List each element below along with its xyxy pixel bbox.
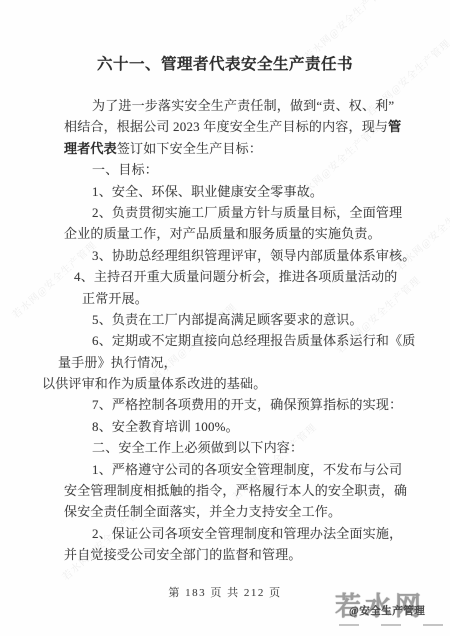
site-logo-overlay-text: @安全生产管理 [349,603,425,618]
text-segment: 6、定期或不定期直接向总经理报告质量体系运行和《质 [92,333,416,348]
body-line: 安全管理制度相抵触的指令，严格履行本人的安全职责，确 [64,480,404,501]
document-title: 六十一、管理者代表安全生产责任书 [0,52,450,74]
body-line: 企业的质量工作，对产品质量和服务质量的实施负责。 [64,223,404,244]
document-body: 为了进一步落实安全生产责任制，做到“责、权、利”相结合，根据公司 2023 年度… [64,95,404,566]
text-segment: 二、安全工作上必须做到以下内容： [92,440,303,455]
text-segment: 以供评审和作为质量体系改进的基础。 [42,376,266,391]
body-line: 7、严格控制各项费用的开支，确保预算指标的实现： [92,394,404,415]
logo-underline-dashes [339,624,443,626]
body-line: 3、协助总经理组织管理评审，领导内部质量体系审核。 [92,245,404,266]
body-line: 二、安全工作上必须做到以下内容： [92,437,404,458]
text-segment: 1、严格遵守公司的各项安全管理制度，不发布与公司 [92,462,402,477]
text-segment: 3、协助总经理组织管理评审，领导内部质量体系审核。 [92,248,416,263]
text-segment: 一、目标： [92,162,158,177]
text-segment: 管 [388,119,401,134]
body-line: 6、定期或不定期直接向总经理报告质量体系运行和《质 [92,330,404,351]
text-segment: 7、严格控制各项费用的开支，确保预算指标的实现： [92,397,402,412]
body-line: 1、严格遵守公司的各项安全管理制度，不发布与公司 [92,459,404,480]
body-line: 4、主持召开重大质量问题分析会，推进各项质量活动的 [74,266,404,287]
body-line: 正常开展。 [82,288,404,309]
body-line: 一、目标： [92,159,404,180]
body-line: 相结合，根据公司 2023 年度安全生产目标的内容，现与管 [64,116,404,137]
body-line: 理者代表签订如下安全生产目标： [64,138,404,159]
text-segment: 企业的质量工作，对产品质量和服务质量的实施负责。 [64,226,381,241]
text-segment: 保安全责任制全面落实，并全力支持安全工作。 [64,504,341,519]
text-segment: 理者代表 [64,141,117,156]
body-line: 保安全责任制全面落实，并全力支持安全工作。 [64,501,404,522]
body-line: 2、负责贯彻实施工厂质量方针与质量目标，全面管理 [92,202,404,223]
text-segment: 4、主持召开重大质量问题分析会，推进各项质量活动的 [74,269,398,284]
body-line: 以供评审和作为质量体系改进的基础。 [42,373,404,394]
text-segment: 安全管理制度相抵触的指令，严格履行本人的安全职责，确 [64,483,407,498]
text-segment: 为了进一步落实安全生产责任制，做到“责、权、利” [92,98,394,113]
body-line: 量手册》执行情况， [58,352,404,373]
text-segment: 并自觉接受公司安全部门的监督和管理。 [64,547,302,562]
site-logo: 若水网 @安全生产管理 [335,586,447,634]
text-segment: 2、保证公司各项安全管理制度和管理办法全面实施， [92,526,402,541]
body-line: 5、负责在工厂内部提高满足顾客要求的意识。 [92,309,404,330]
body-line: 1、安全、环保、职业健康安全零事故。 [92,181,404,202]
text-segment: 2、负责贯彻实施工厂质量方针与质量目标，全面管理 [92,205,402,220]
text-segment: 量手册》执行情况， [58,355,177,370]
text-segment: 1、安全、环保、职业健康安全零事故。 [92,184,323,199]
text-segment: 8、安全教育培训 100%。 [92,419,239,434]
body-line: 2、保证公司各项安全管理制度和管理办法全面实施， [92,523,404,544]
text-segment: 相结合，根据公司 2023 年度安全生产目标的内容，现与 [64,119,388,134]
text-segment: 签订如下安全生产目标： [117,141,262,156]
body-line: 并自觉接受公司安全部门的监督和管理。 [64,544,404,565]
text-segment: 5、负责在工厂内部提高满足顾客要求的意识。 [92,312,363,327]
body-line: 为了进一步落实安全生产责任制，做到“责、权、利” [92,95,404,116]
body-line: 8、安全教育培训 100%。 [92,416,404,437]
document-page: 若水网@安全生产管理 若水网@安全生产管理 若水网@安全生产管理 若水网@安全生… [0,0,450,636]
text-segment: 正常开展。 [82,291,148,306]
